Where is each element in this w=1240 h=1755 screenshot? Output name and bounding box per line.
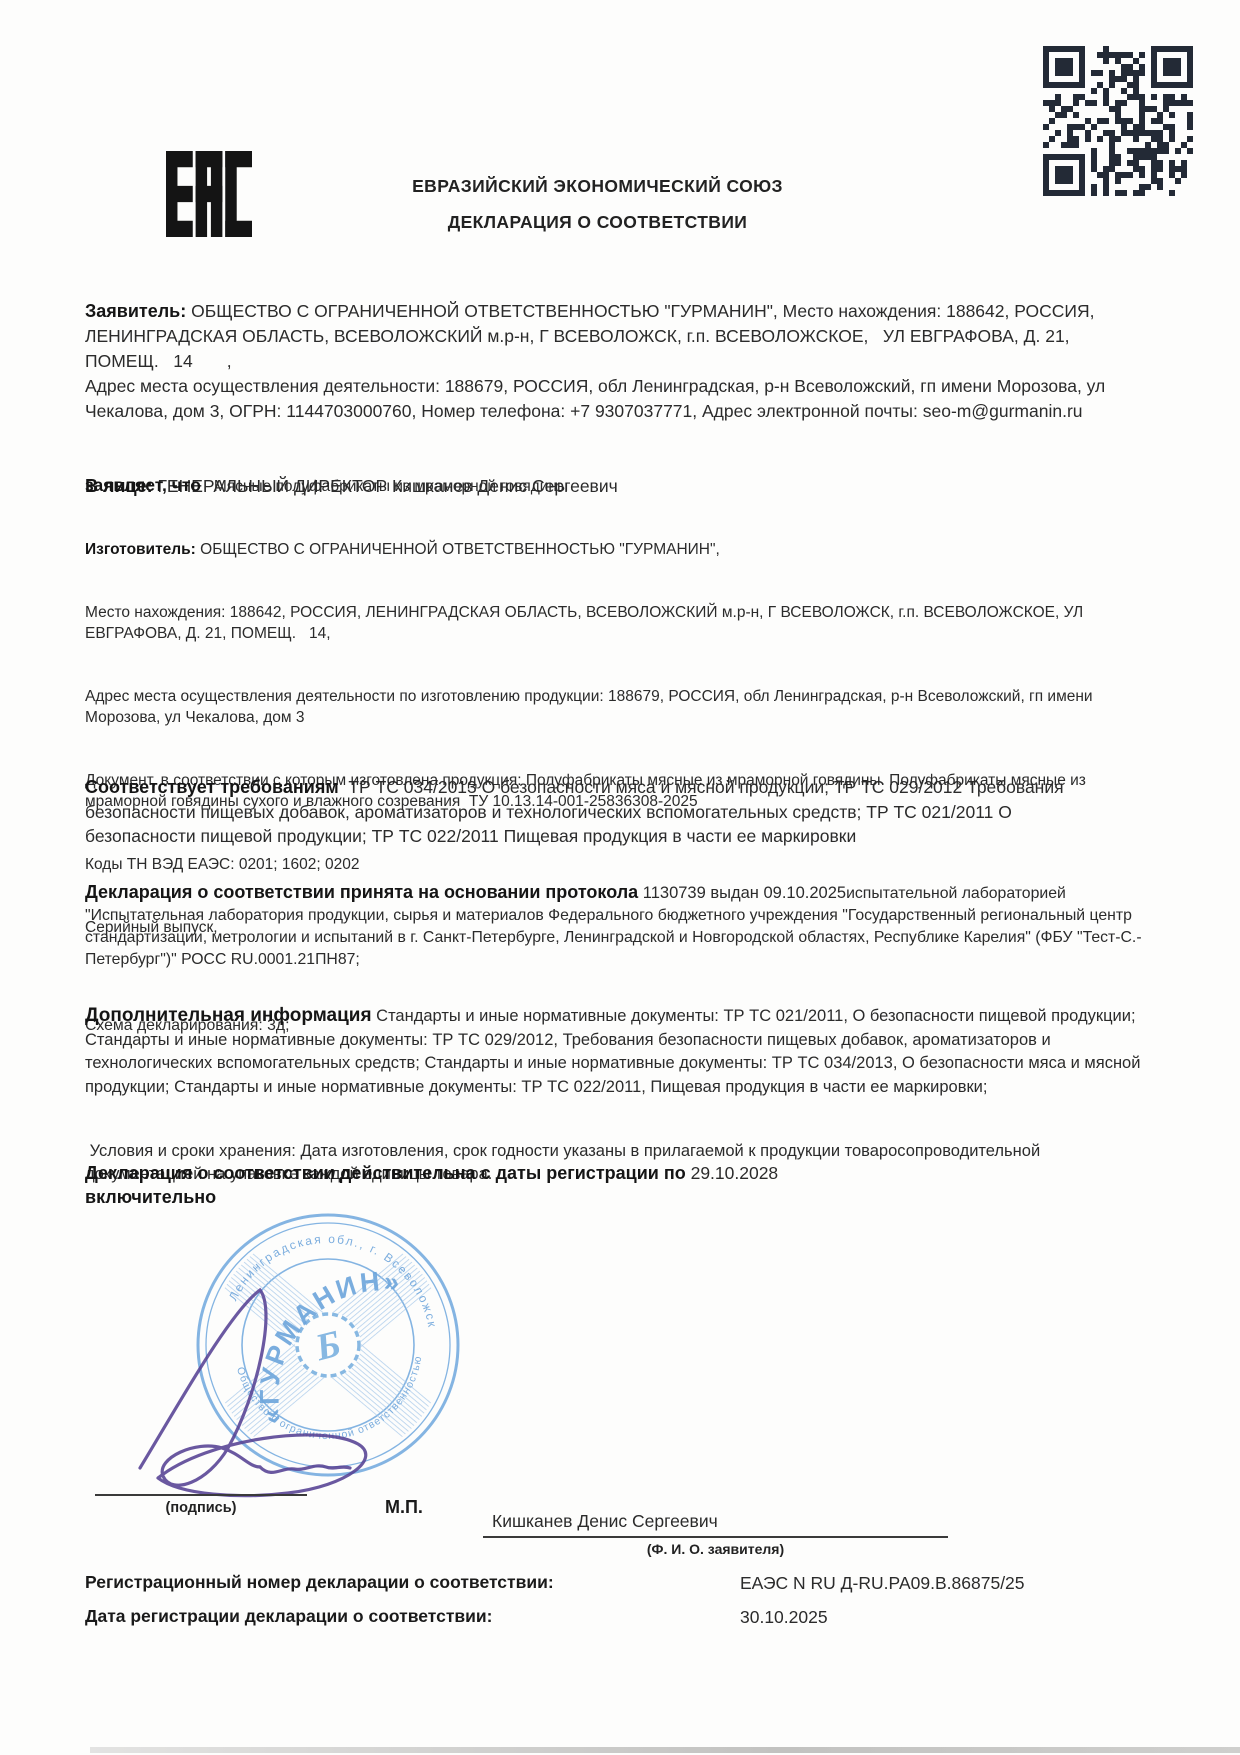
- compliance-label: Соответствует требованиям: [85, 777, 339, 797]
- registration-number-value: ЕАЭС N RU Д-RU.РА09.В.86875/25: [740, 1573, 1025, 1594]
- manufacturer-label: Изготовитель:: [85, 541, 196, 558]
- production-address: Адрес места осуществления деятельности п…: [85, 686, 1163, 728]
- declares-line: заявляет, что Мясные полуфабрикаты из мр…: [85, 475, 1163, 497]
- additional-label: Дополнительная информация: [85, 1005, 372, 1026]
- applicant-paragraph: Заявитель: ОБЩЕСТВО С ОГРАНИЧЕННОЙ ОТВЕТ…: [85, 299, 1110, 424]
- declaration-document: ЕВРАЗИЙСКИЙ ЭКОНОМИЧЕСКИЙ СОЮЗ ДЕКЛАРАЦИ…: [0, 0, 1240, 1755]
- manufacturer-line: Изготовитель: ОБЩЕСТВО С ОГРАНИЧЕННОЙ ОТ…: [85, 539, 1163, 560]
- additional-paragraph: Дополнительная информация Стандарты и ин…: [85, 1004, 1163, 1099]
- declares-label: заявляет, что: [85, 475, 201, 495]
- fullname-caption: (Ф. И. О. заявителя): [483, 1541, 948, 1557]
- basis-label: Декларация о соответствии принята на осн…: [85, 882, 638, 902]
- manufacturer-name: ОБЩЕСТВО С ОГРАНИЧЕННОЙ ОТВЕТСТВЕННОСТЬЮ…: [196, 541, 720, 558]
- validity-date: 29.10.2028: [686, 1163, 778, 1183]
- qr-code-icon: [1043, 45, 1193, 197]
- applicant-fullname: Кишканев Денис Сергеевич: [492, 1511, 718, 1532]
- signature-caption: (подпись): [95, 1500, 307, 1516]
- applicant-text: ОБЩЕСТВО С ОГРАНИЧЕННОЙ ОТВЕТСТВЕННОСТЬЮ…: [85, 301, 1110, 421]
- scan-edge-artifact: [90, 1747, 1240, 1753]
- stamp-place-label: М.П.: [385, 1497, 423, 1518]
- document-title: ДЕКЛАРАЦИЯ О СООТВЕТСТВИИ: [0, 212, 1195, 233]
- signature-line: [95, 1494, 307, 1496]
- validity-paragraph: Декларация о соответствии действительна …: [85, 1161, 1120, 1185]
- registration-number-label: Регистрационный номер декларации о соотв…: [85, 1572, 554, 1593]
- validity-label: Декларация о соответствии действительна …: [85, 1163, 686, 1183]
- manufacturer-location: Место нахождения: 188642, РОССИЯ, ЛЕНИНГ…: [85, 602, 1163, 644]
- signature-ink: [110, 1272, 410, 1512]
- protocol-number: 1130739 выдан 09.10.2025: [638, 884, 846, 902]
- fullname-line: [483, 1536, 948, 1538]
- applicant-label: Заявитель:: [85, 301, 186, 321]
- registration-date-value: 30.10.2025: [740, 1607, 828, 1628]
- registration-date-label: Дата регистрации декларации о соответств…: [85, 1606, 493, 1627]
- product-name: Мясные полуфабрикаты из мраморной говяди…: [201, 478, 568, 495]
- union-title: ЕВРАЗИЙСКИЙ ЭКОНОМИЧЕСКИЙ СОЮЗ: [0, 176, 1195, 197]
